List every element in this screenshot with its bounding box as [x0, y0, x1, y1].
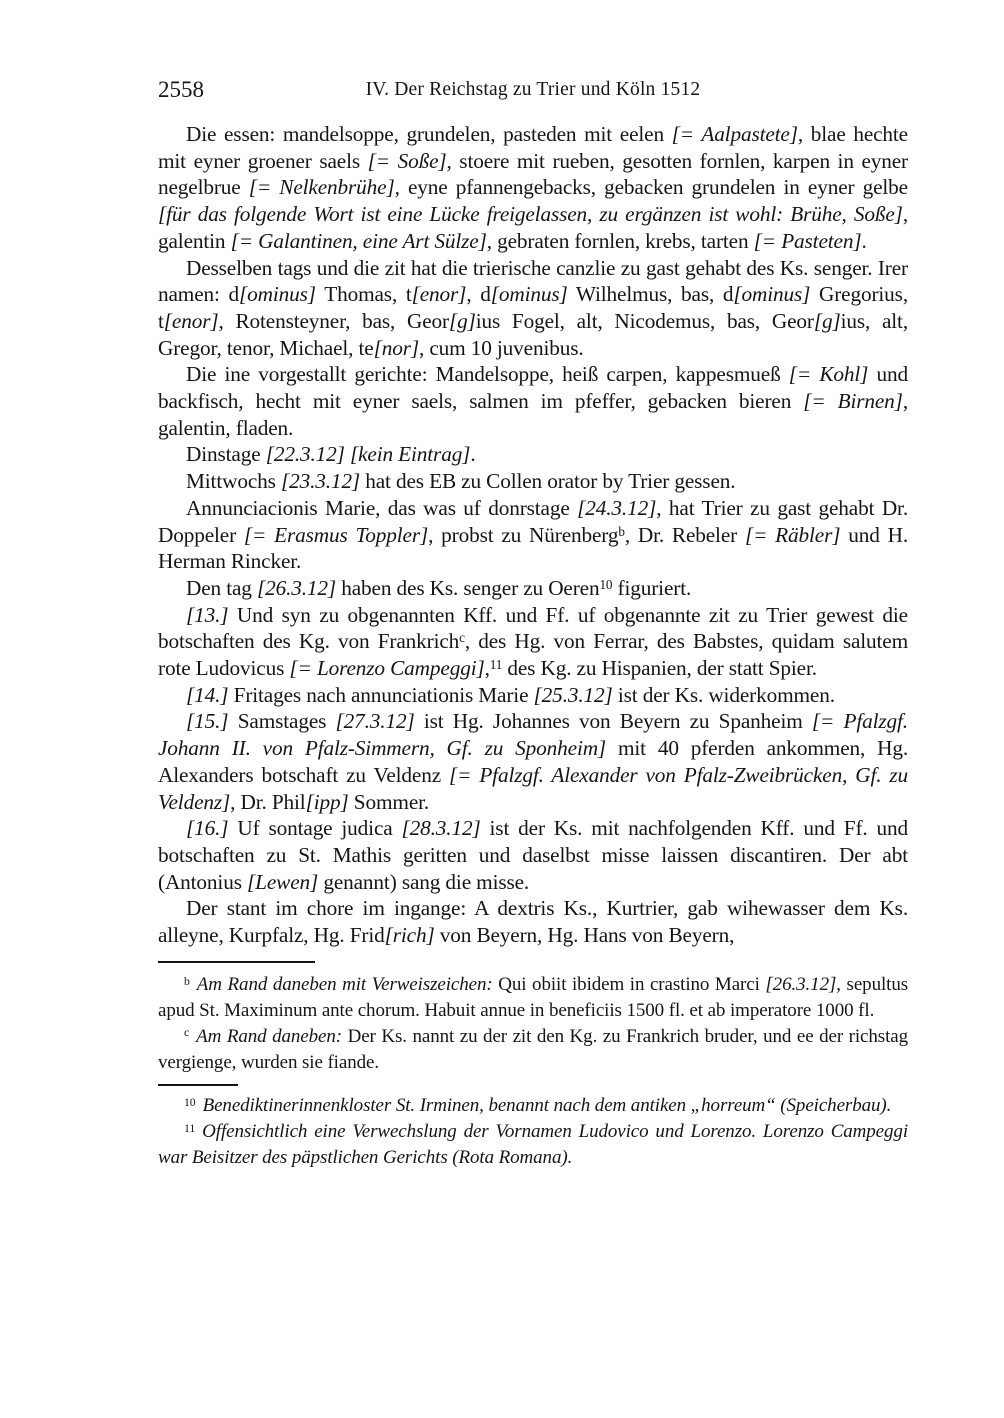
- text-segment: , Rotensteyner, bas, Geor: [219, 309, 449, 333]
- text-segment: [g]: [814, 309, 841, 333]
- text-segment: , d: [466, 282, 490, 306]
- text-segment: .: [470, 442, 475, 466]
- paragraph: Dinstage [22.3.12] [kein Eintrag].: [158, 441, 908, 468]
- text-segment: , eyne pfannengebacks, gebacken grundele…: [395, 175, 908, 199]
- text-segment: [ominus]: [733, 282, 810, 306]
- text-segment: Den tag: [186, 576, 257, 600]
- paragraph: [15.] Samstages [27.3.12] ist Hg. Johann…: [158, 708, 908, 815]
- footnote-marker: c: [184, 1026, 189, 1039]
- text-segment: [= Nelkenbrühe]: [249, 175, 395, 199]
- page-header: 2558 IV. Der Reichstag zu Trier und Köln…: [158, 76, 908, 104]
- footnotes-numbers: 10Benediktinerinnenkloster St. Irminen, …: [158, 1093, 908, 1171]
- text-segment: ist Hg. Johannes von Beyern zu Spanheim: [415, 709, 812, 733]
- text-segment: Samstages: [228, 709, 335, 733]
- footnote-marker: c: [459, 630, 465, 645]
- running-header: IV. Der Reichstag zu Trier und Köln 1512: [158, 76, 908, 104]
- text-segment: Sommer.: [349, 790, 429, 814]
- footnote-marker: 10: [184, 1096, 196, 1109]
- text-segment: , gebraten fornlen, krebs, tarten: [487, 229, 754, 253]
- page: 2558 IV. Der Reichstag zu Trier und Köln…: [0, 0, 1004, 1418]
- paragraph: Der stant im chore im ingange: A dextris…: [158, 895, 908, 948]
- text-segment: [16.]: [186, 816, 228, 840]
- text-segment: [= Galantinen, eine Art Sülze]: [231, 229, 487, 253]
- text-segment: .: [861, 229, 866, 253]
- footnote-marker: b: [184, 975, 190, 988]
- text-segment: Offensichtlich eine Verwechslung der Vor…: [158, 1121, 908, 1168]
- text-segment: [ominus]: [239, 282, 316, 306]
- footnote-marker: 11: [490, 657, 502, 672]
- paragraph: Den tag [26.3.12] haben des Ks. senger z…: [158, 575, 908, 602]
- text-segment: [ominus]: [491, 282, 568, 306]
- text-segment: [Lewen]: [247, 870, 318, 894]
- footnote-separator: [158, 1084, 238, 1086]
- text-segment: Thomas, t: [316, 282, 412, 306]
- text-segment: Qui obiit ibidem in crastino Marci: [493, 974, 766, 995]
- text-segment: [28.3.12]: [401, 816, 480, 840]
- text-segment: [= Erasmus Toppler]: [244, 523, 428, 547]
- footnote: bAm Rand daneben mit Verweiszeichen: Qui…: [158, 972, 908, 1024]
- text-segment: , probst zu Nürenberg: [428, 523, 618, 547]
- text-segment: [= Lorenzo Campeggi]: [289, 656, 484, 680]
- paragraph: [14.] Fritages nach annunciationis Marie…: [158, 682, 908, 709]
- text-segment: ,: [485, 656, 490, 680]
- text-segment: [27.3.12]: [336, 709, 415, 733]
- text-segment: haben des Ks. senger zu Oeren: [336, 576, 599, 600]
- text-segment: [= Pasteten]: [754, 229, 862, 253]
- text-segment: ius Fogel, alt, Nicodemus, bas, Geor: [476, 309, 814, 333]
- footnote-marker: 10: [599, 577, 612, 592]
- text-segment: [g]: [449, 309, 476, 333]
- text-segment: genannt) sang die misse.: [318, 870, 529, 894]
- text-segment: [nor]: [374, 336, 419, 360]
- text-segment: [13.]: [186, 603, 228, 627]
- text-segment: Am Rand daneben mit Verweiszeichen:: [197, 974, 493, 995]
- text-segment: [25.3.12]: [534, 683, 613, 707]
- text-segment: [für das folgende Wort ist eine Lücke fr…: [158, 202, 903, 226]
- text-segment: hat des EB zu Collen orator by Trier ges…: [360, 469, 735, 493]
- text-segment: [enor]: [164, 309, 219, 333]
- text-segment: [14.]: [186, 683, 228, 707]
- footnote: cAm Rand daneben: Der Ks. nannt zu der z…: [158, 1024, 908, 1076]
- text-segment: [enor]: [412, 282, 467, 306]
- body-text: Die essen: mandelsoppe, grundelen, paste…: [158, 121, 908, 949]
- footnote-marker: b: [618, 524, 624, 539]
- page-number: 2558: [158, 76, 204, 104]
- text-segment: , Dr. Rebeler: [625, 523, 745, 547]
- text-segment: Uf sontage judica: [228, 816, 401, 840]
- text-segment: [= Räbler]: [745, 523, 840, 547]
- footnote: 11Offensichtlich eine Verwechslung der V…: [158, 1119, 908, 1171]
- text-segment: Mittwochs: [186, 469, 281, 493]
- text-segment: [= Kohl]: [789, 362, 869, 386]
- text-segment: [26.3.12]: [257, 576, 336, 600]
- text-segment: des Kg. zu Hispanien, der statt Spier.: [502, 656, 817, 680]
- text-segment: [= Aalpastete]: [672, 122, 798, 146]
- footnote-marker: 11: [184, 1122, 195, 1135]
- text-segment: [ipp]: [306, 790, 349, 814]
- text-segment: [15.]: [186, 709, 228, 733]
- paragraph: Die ine vorgestallt gerichte: Mandelsopp…: [158, 361, 908, 441]
- footnotes-letters: bAm Rand daneben mit Verweiszeichen: Qui…: [158, 972, 908, 1076]
- text-segment: [rich]: [385, 923, 435, 947]
- paragraph: Die essen: mandelsoppe, grundelen, paste…: [158, 121, 908, 255]
- text-segment: [22.3.12] [kein Eintrag]: [266, 442, 471, 466]
- text-segment: [26.3.12]: [765, 974, 836, 995]
- text-segment: ist der Ks. widerkommen.: [613, 683, 835, 707]
- text-segment: [= Birnen]: [803, 389, 903, 413]
- footnote: 10Benediktinerinnenkloster St. Irminen, …: [158, 1093, 908, 1119]
- footnote-separator: [158, 961, 315, 963]
- paragraph: Mittwochs [23.3.12] hat des EB zu Collen…: [158, 468, 908, 495]
- text-segment: , cum 10 juvenibus.: [419, 336, 584, 360]
- text-segment: [23.3.12]: [281, 469, 360, 493]
- text-segment: [= Soße]: [368, 149, 447, 173]
- text-segment: Dinstage: [186, 442, 266, 466]
- text-segment: Benediktinerinnenkloster St. Irminen, be…: [203, 1095, 892, 1116]
- text-segment: figuriert.: [612, 576, 691, 600]
- text-segment: Die ine vorgestallt gerichte: Mandelsopp…: [186, 362, 789, 386]
- paragraph: [13.] Und syn zu obgenannten Kff. und Ff…: [158, 602, 908, 682]
- text-segment: Die essen: mandelsoppe, grundelen, paste…: [186, 122, 672, 146]
- paragraph: Desselben tags und die zit hat die trier…: [158, 255, 908, 362]
- text-segment: Wilhelmus, bas, d: [568, 282, 734, 306]
- text-segment: von Beyern, Hg. Hans von Beyern,: [435, 923, 735, 947]
- paragraph: [16.] Uf sontage judica [28.3.12] ist de…: [158, 815, 908, 895]
- text-segment: Annunciacionis Marie, das was uf donrsta…: [186, 496, 577, 520]
- text-segment: , Dr. Phil: [230, 790, 305, 814]
- text-segment: [24.3.12]: [577, 496, 656, 520]
- text-segment: Fritages nach annunciationis Marie: [228, 683, 533, 707]
- text-segment: Am Rand daneben:: [196, 1026, 342, 1047]
- paragraph: Annunciacionis Marie, das was uf donrsta…: [158, 495, 908, 575]
